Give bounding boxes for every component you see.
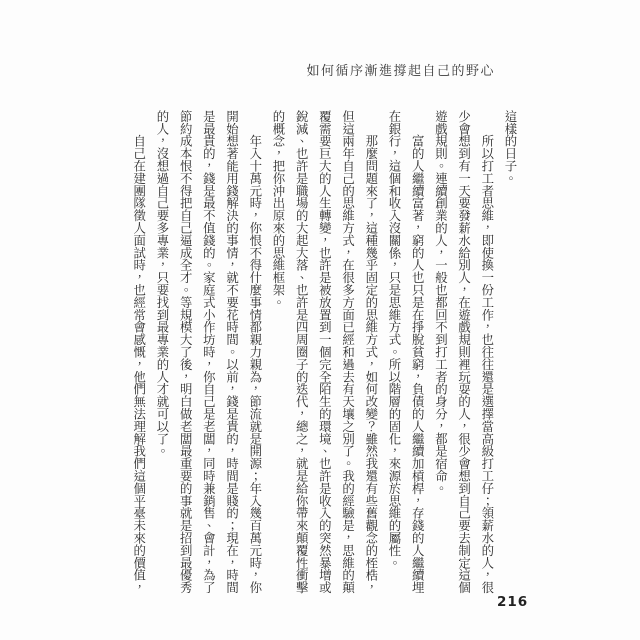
text-column: 的概念，把你沖出原來的思維框架。	[267, 110, 290, 600]
page-number: 216	[497, 594, 528, 610]
text-column: 在銀行，這個和收入沒關係，只是思維方式。所以階層的固化，來源於思維的屬性。	[383, 110, 406, 600]
text-column: 那麼問題來了，這種幾乎固定的思維方式，如何改變？雖然我還有些舊觀念的桎梏，	[360, 110, 383, 600]
running-head: 如何循序漸進撐起自己的野心	[306, 60, 495, 79]
text-column: 銳減、也許是職場的大起大落、也許是四周圈子的迭代，總之，就是給你帶來顛覆性衝擊	[290, 110, 313, 600]
text-column: 是最貴的，錢是最不值錢的。家庭式小作坊時，你自己是老闆，同時兼銷售、會計，為了	[197, 110, 220, 600]
vertical-text-block: 這樣的日子。 所以打工者思維，即使換一份工作，也往往還是選擇當高級打工仔；領薪水…	[128, 110, 522, 600]
text-column: 遊戲規則。連續創業的人，一般也都回不到打工者的身分，都是宿命。	[429, 110, 452, 600]
text-column: 的人，沒想過自己要多專業，只要找到最專業的人才就可以了。	[151, 110, 174, 600]
text-column: 年入十萬元時，你恨不得什麼事情都親力親為，節流就是開源；年入幾百萬元時，你	[244, 110, 267, 600]
text-column: 自己在建團隊徵人面試時，也經常會感慨，他們無法理解我們這個平臺未來的價值，	[128, 110, 151, 600]
text-column: 但這兩年自己的思維方式，在很多方面已經和過去有天壤之別了。我的經驗是，思維的顛	[336, 110, 359, 600]
book-page: 如何循序漸進撐起自己的野心 這樣的日子。 所以打工者思維，即使換一份工作，也往往…	[0, 0, 640, 640]
text-column: 節約成本恨不得把自己逼成全才。等規模大了後，明白做老闆最重要的事就是招到最優秀	[174, 110, 197, 600]
text-column: 富的人繼續富著，窮的人也只是在掙脫貧窮，負債的人繼續加槓桿，存錢的人繼續埋	[406, 110, 429, 600]
text-column: 所以打工者思維，即使換一份工作，也往往還是選擇當高級打工仔；領薪水的人，很	[476, 110, 499, 600]
text-column: 這樣的日子。	[499, 110, 522, 600]
text-column: 少會想到有一天要發薪水給別人，在遊戲規則裡玩耍的人，很少會想到自己要去制定這個	[452, 110, 475, 600]
text-column: 覆需要巨大的人生轉變，也許是被放置到一個完全陌生的環境、也許是收入的突然暴增或	[313, 110, 336, 600]
text-column: 開始想著能用錢解決的事情，就不要花時間。以前，錢是貴的，時間是賤的；現在，時間	[220, 110, 243, 600]
